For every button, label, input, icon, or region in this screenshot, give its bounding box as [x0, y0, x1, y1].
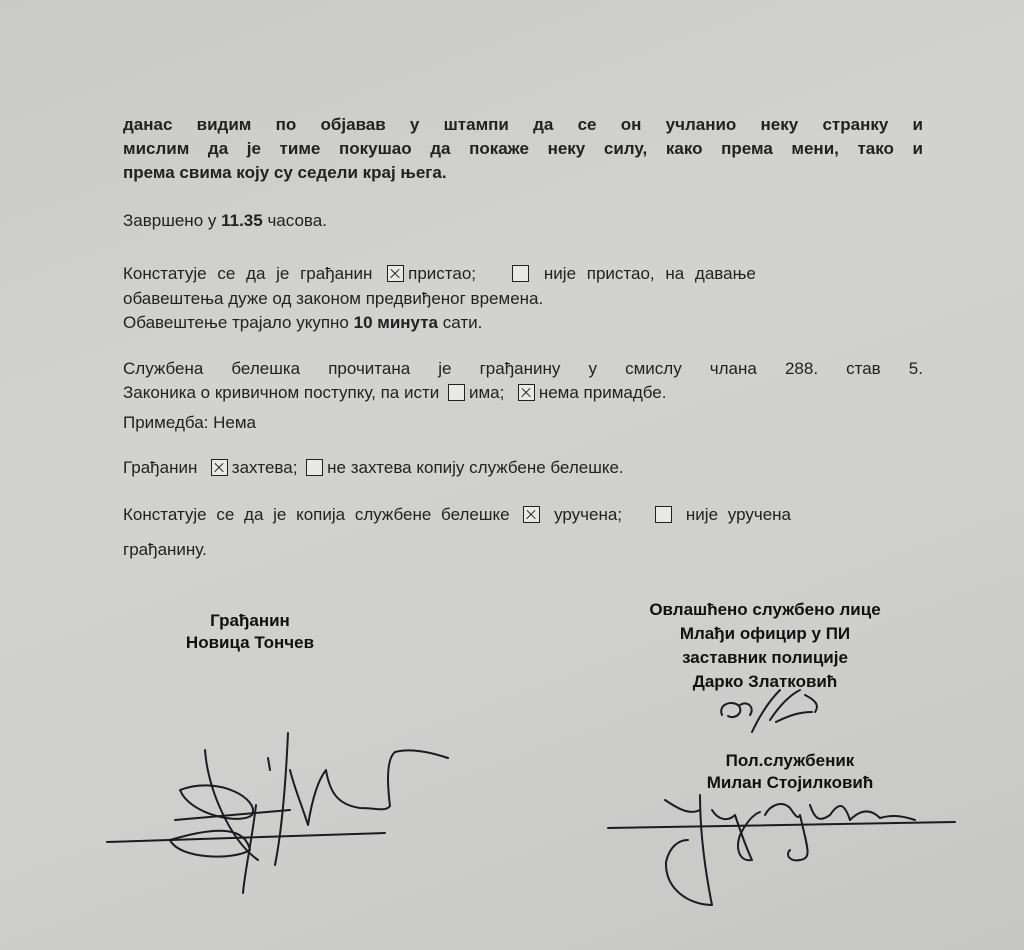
statement-line-1: данас видим по објавав у штампи да се он… — [123, 113, 923, 137]
officer-signature-scribble — [721, 690, 817, 732]
copy-request-prefix: Грађанин — [123, 458, 197, 477]
remark-label: Примедба: — [123, 413, 208, 432]
copy-delivery-prefix: Констатује се да је копија службене беле… — [123, 505, 510, 524]
consent-not-agreed-label: није пристао, на давање — [544, 264, 756, 283]
document-page: данас видим по објавав у штампи да се он… — [0, 0, 1024, 950]
police-officer-role: Пол.службеник — [660, 750, 920, 772]
duration-prefix: Обавештење трајало укупно — [123, 313, 349, 332]
delivered-label: уручена; — [554, 505, 622, 524]
copy-request-line: Грађанин захтева; не захтева копију служ… — [123, 456, 923, 480]
officer-rank-1: Млађи официр у ПИ — [600, 622, 930, 646]
reading-line-2: Законика о кривичном поступку, па исти и… — [123, 381, 923, 405]
police-officer-name: Милан Стојилковић — [660, 772, 920, 794]
checkbox-not-requests-copy[interactable] — [306, 459, 323, 476]
completed-prefix: Завршено у — [123, 211, 216, 230]
consent-agreed-label: пристао; — [408, 264, 476, 283]
checkbox-not-agreed[interactable] — [512, 265, 529, 282]
reading-line-1: Службена белешка прочитана је грађанину … — [123, 357, 923, 381]
checkbox-agreed[interactable] — [387, 265, 404, 282]
checkbox-has-remarks[interactable] — [448, 384, 465, 401]
checkbox-delivered[interactable] — [523, 506, 540, 523]
officer-signature-block: Овлашћено службено лице Млађи официр у П… — [600, 598, 930, 694]
completed-line: Завршено у 11.35 часова. — [123, 209, 923, 233]
citizen-signature-scribble — [107, 733, 448, 893]
police-officer-signature-scribble — [608, 795, 955, 905]
not-delivered-label: није уручена — [686, 505, 791, 524]
copy-delivery-line: Констатује се да је копија службене беле… — [123, 503, 923, 527]
consent-line: Констатује се да је грађанин пристао; ни… — [123, 262, 923, 286]
completed-suffix: часова. — [267, 211, 326, 230]
statement-line-3: према свима коју су седели крај њега. — [123, 161, 923, 185]
no-remarks-label: нема примадбе. — [539, 383, 667, 402]
police-officer-signature-block: Пол.службеник Милан Стојилковић — [660, 750, 920, 794]
officer-role: Овлашћено службено лице — [600, 598, 930, 622]
citizen-role: Грађанин — [150, 610, 350, 632]
duration-suffix: сати. — [443, 313, 483, 332]
citizen-signature-block: Грађанин Новица Тончев — [150, 610, 350, 654]
copy-delivery-line-2: грађанину. — [123, 538, 923, 562]
duration-value: 10 минута — [354, 313, 438, 332]
checkbox-requests-copy[interactable] — [211, 459, 228, 476]
checkbox-no-remarks[interactable] — [518, 384, 535, 401]
checkbox-not-delivered[interactable] — [655, 506, 672, 523]
officer-rank-2: заставник полиције — [600, 646, 930, 670]
reading-prefix: Законика о кривичном поступку, па исти — [123, 383, 439, 402]
has-remarks-label: има; — [469, 383, 504, 402]
requests-copy-label: захтева; — [232, 458, 298, 477]
remark-value: Нема — [213, 413, 256, 432]
not-requests-copy-label: не захтева копију службене белешке. — [327, 458, 623, 477]
duration-line: Обавештење трајало укупно 10 минута сати… — [123, 311, 923, 335]
officer-name: Дарко Златковић — [600, 670, 930, 694]
consent-prefix: Констатује се да је грађанин — [123, 264, 372, 283]
consent-line-2: обавештења дуже од законом предвиђеног в… — [123, 287, 923, 311]
citizen-name: Новица Тончев — [150, 632, 350, 654]
statement-line-2: мислим да је тиме покушао да покаже неку… — [123, 137, 923, 161]
completed-time: 11.35 — [221, 211, 263, 230]
remark-line: Примедба: Нема — [123, 411, 923, 435]
